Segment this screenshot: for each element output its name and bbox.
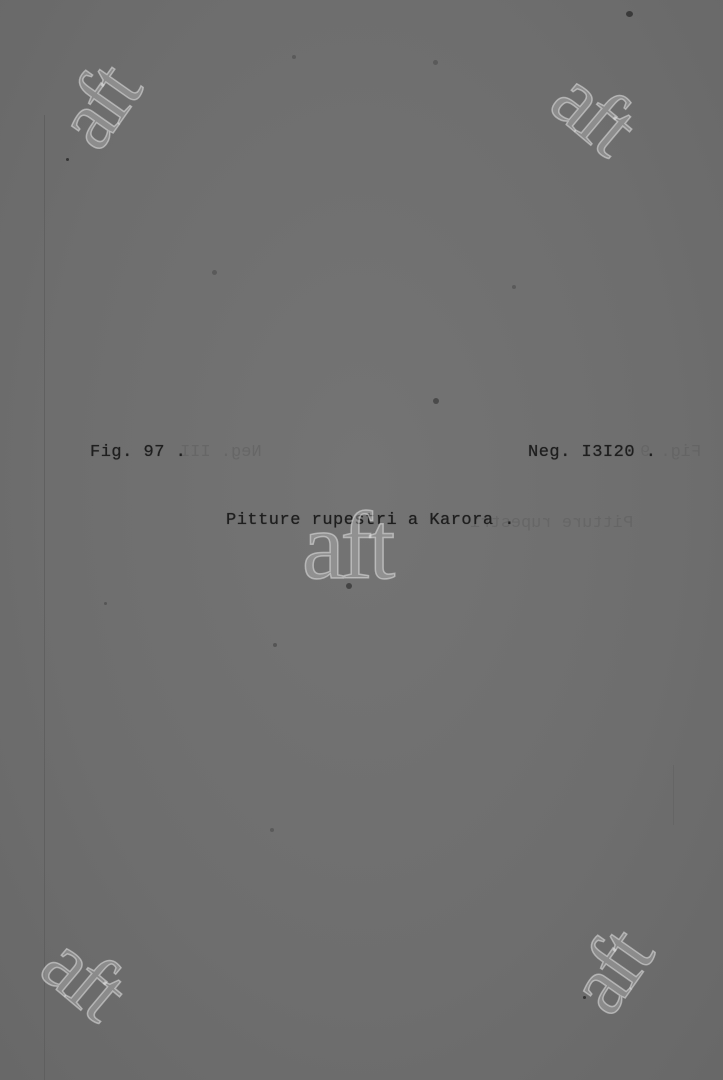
dust-speck xyxy=(104,602,107,605)
dust-speck xyxy=(212,270,217,275)
watermark-top-right: aft xyxy=(537,55,650,169)
right-edge-mark xyxy=(673,765,674,825)
dust-speck xyxy=(433,60,438,65)
dust-speck xyxy=(273,643,277,647)
dust-speck xyxy=(512,285,516,289)
dust-speck xyxy=(292,55,296,59)
watermark-center: aft xyxy=(302,498,391,594)
dust-speck xyxy=(433,398,439,404)
figure-label: Fig. 97 . xyxy=(90,443,186,462)
dust-speck xyxy=(626,11,633,17)
dust-speck xyxy=(66,158,69,161)
watermark-bottom-right: aft xyxy=(554,917,667,1028)
negative-number: Neg. I3I20 . xyxy=(528,443,656,462)
left-margin-line xyxy=(44,115,45,1080)
dust-speck xyxy=(270,828,274,832)
bleed-through-text: Neg. III xyxy=(180,443,262,462)
watermark-top-left: aft xyxy=(42,52,155,163)
scanned-page: Neg. III Fig. 9 Pitture rupestri Fig. 97… xyxy=(0,0,723,1080)
